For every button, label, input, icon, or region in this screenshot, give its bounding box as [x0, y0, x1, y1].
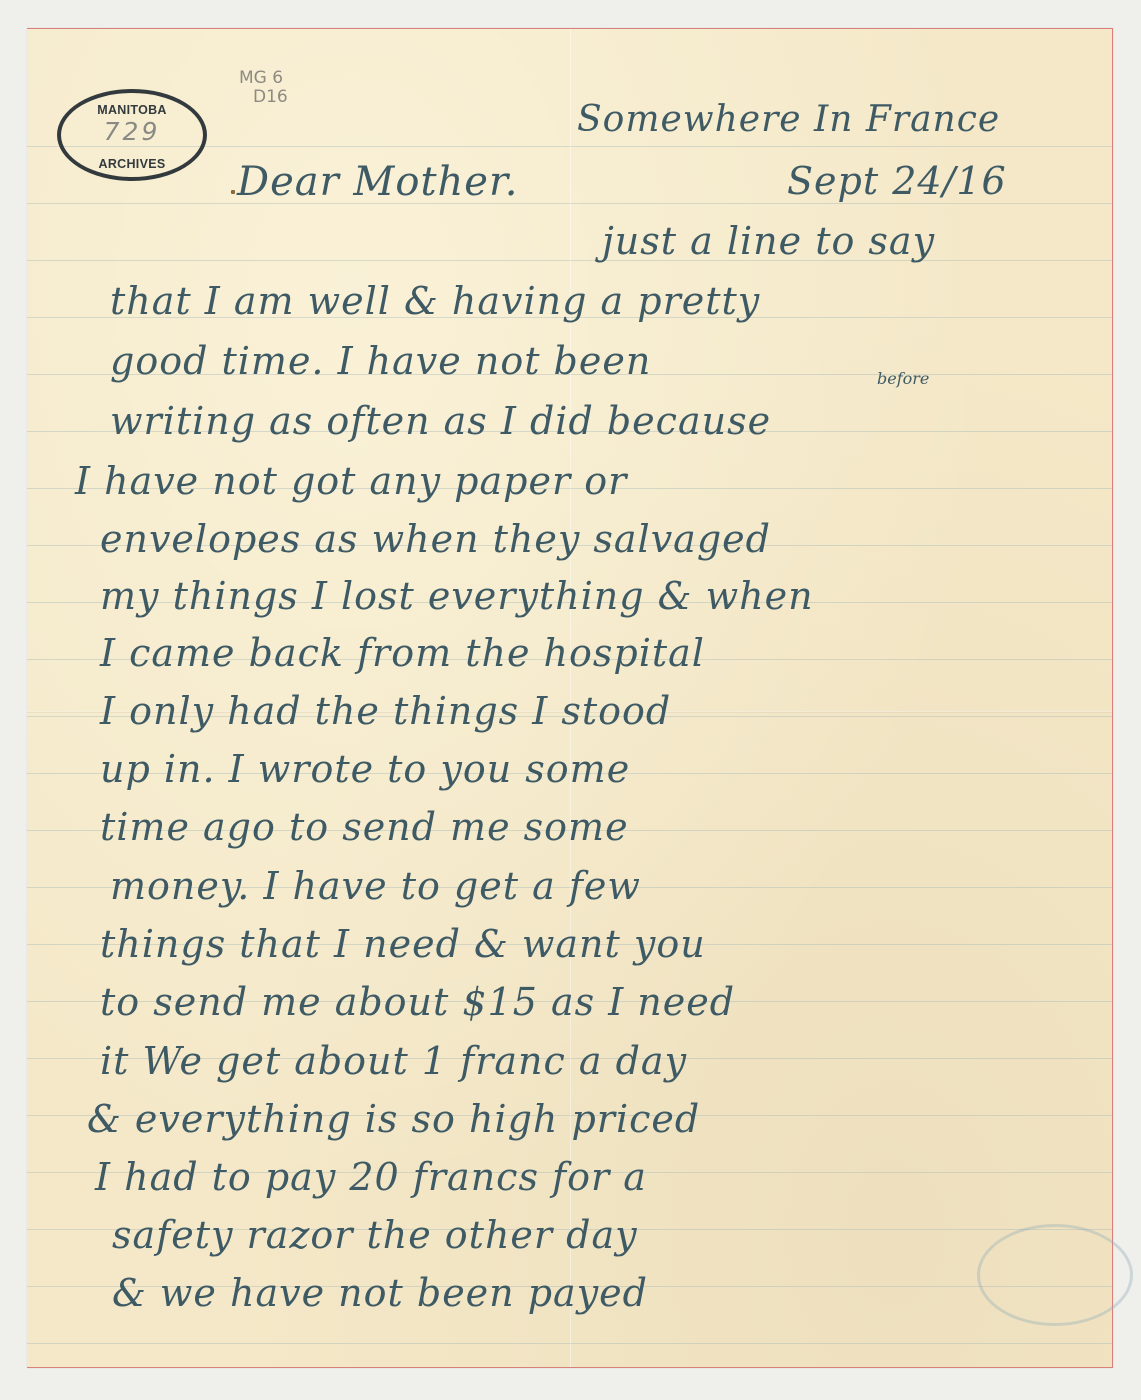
inserted-word: before [877, 369, 929, 388]
body-line: writing as often as I did because [110, 399, 771, 443]
body-line: I only had the things I stood [100, 689, 671, 733]
body-line: things that I need & want you [100, 922, 706, 966]
pencil-note-line-1: MG 6 [239, 68, 283, 88]
body-line: & everything is so high priced [87, 1097, 700, 1141]
letter-salutation: Dear Mother. [237, 159, 518, 205]
body-line: envelopes as when they salvaged [100, 517, 771, 561]
body-line: I have not got any paper or [75, 459, 627, 503]
ink-speck [231, 190, 235, 194]
bleed-through-stamp [977, 1224, 1133, 1326]
letter-date: Sept 24/16 [787, 159, 1007, 203]
body-line: it We get about 1 franc a day [100, 1039, 687, 1083]
pencil-reference-note: MG 6 D16 [239, 69, 288, 107]
body-line: I had to pay 20 francs for a [95, 1155, 647, 1199]
body-line: good time. I have not been [110, 339, 651, 383]
body-line: to send me about $15 as I need [100, 980, 735, 1024]
archive-stamp: MANITOBA 729 ARCHIVES [57, 89, 207, 181]
body-line: up in. I wrote to you some [100, 747, 630, 791]
pencil-note-line-2: D16 [239, 88, 288, 107]
body-line: money. I have to get a few [110, 864, 641, 908]
body-line: my things I lost everything & when [100, 574, 814, 618]
letter-page: MANITOBA 729 ARCHIVES MG 6 D16 Somewhere… [27, 28, 1113, 1368]
body-line: safety razor the other day [112, 1213, 638, 1257]
stamp-top-text: MANITOBA [61, 103, 203, 117]
body-line: that I am well & having a pretty [110, 279, 760, 323]
body-line: & we have not been payed [112, 1271, 648, 1315]
body-line: I came back from the hospital [100, 631, 705, 675]
letter-place: Somewhere In France [577, 99, 1000, 140]
body-line: just a line to say [602, 219, 935, 263]
stamp-bottom-text: ARCHIVES [61, 157, 203, 171]
stamp-number: 729 [61, 117, 203, 146]
body-line: time ago to send me some [100, 805, 629, 849]
